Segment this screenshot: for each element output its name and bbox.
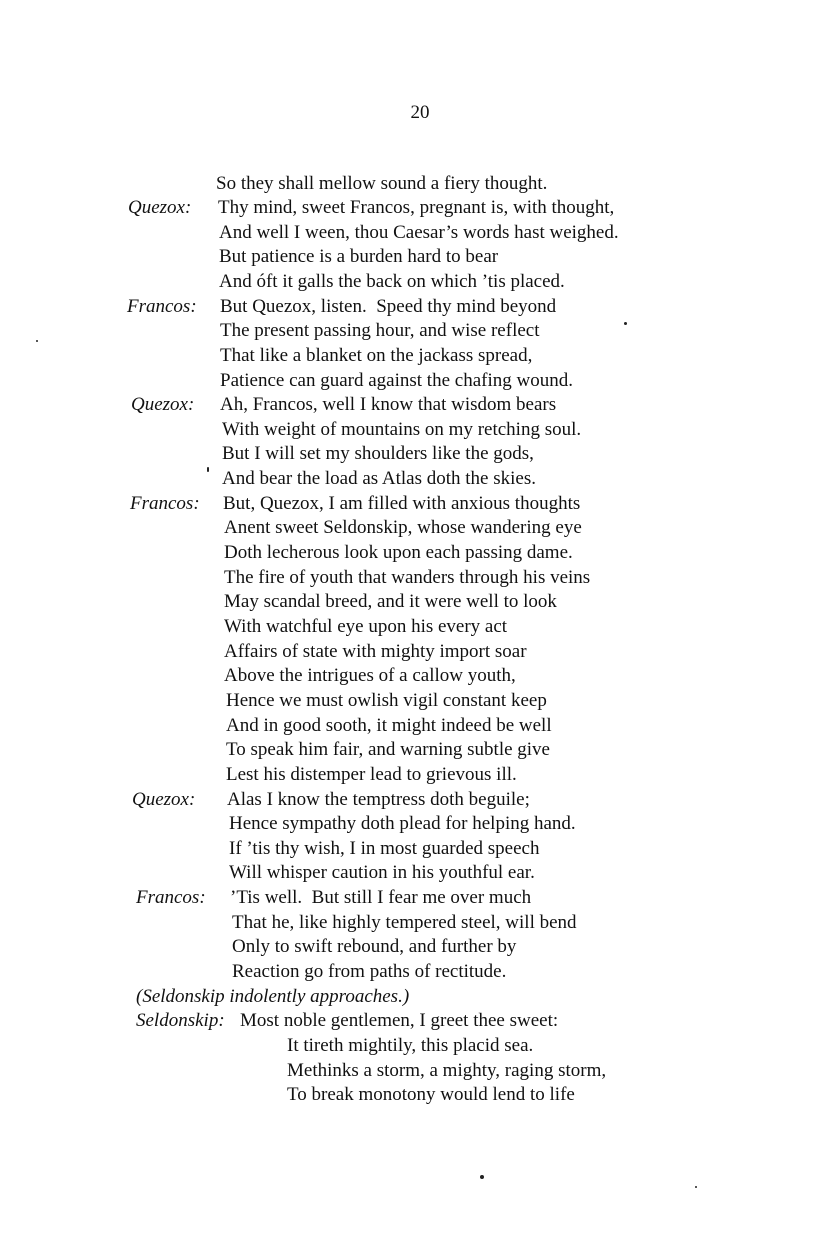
stage-direction: (Seldonskip indolently approaches.) bbox=[136, 985, 409, 1009]
verse-line: Reaction go from paths of rectitude. bbox=[232, 960, 506, 984]
speaker-label: Francos: bbox=[127, 295, 197, 319]
verse-line: ’Tis well. But still I fear me over much bbox=[230, 886, 531, 910]
verse-line: Anent sweet Seldonskip, whose wandering … bbox=[224, 516, 582, 540]
page-number: 20 bbox=[0, 102, 840, 124]
verse-line: Hence sympathy doth plead for helping ha… bbox=[229, 812, 576, 836]
verse-line: If ’tis thy wish, I in most guarded spee… bbox=[229, 837, 539, 861]
verse-line: Most noble gentlemen, I greet thee sweet… bbox=[240, 1009, 558, 1033]
verse-line: And óft it galls the back on which ’tis… bbox=[219, 270, 565, 294]
verse-line: It tireth mightily, this placid sea. bbox=[287, 1034, 533, 1058]
verse-line: Patience can guard against the chafing w… bbox=[220, 369, 573, 393]
verse-line: Only to swift rebound, and further by bbox=[232, 935, 516, 959]
verse-line: The fire of youth that wanders through h… bbox=[224, 566, 590, 590]
verse-line: Methinks a storm, a mighty, raging storm… bbox=[287, 1059, 606, 1083]
verse-line: That he, like highly tempered steel, wil… bbox=[232, 911, 577, 935]
verse-line: That like a blanket on the jackass sprea… bbox=[220, 344, 532, 368]
verse-line: Ah, Francos, well I know that wisdom bea… bbox=[220, 393, 556, 417]
speck-mark bbox=[695, 1186, 697, 1188]
speaker-label: Quezox: bbox=[128, 196, 191, 220]
verse-line: With weight of mountains on my retching … bbox=[222, 418, 581, 442]
verse-line: May scandal breed, and it were well to l… bbox=[224, 590, 557, 614]
verse-line: Above the intrigues of a callow youth, bbox=[224, 664, 516, 688]
verse-line: To speak him fair, and warning subtle gi… bbox=[226, 738, 550, 762]
verse-line: But patience is a burden hard to bear bbox=[219, 245, 498, 269]
verse-line: But, Quezox, I am filled with anxious th… bbox=[223, 492, 580, 516]
verse-line: To break monotony would lend to life bbox=[287, 1083, 575, 1107]
speck-mark bbox=[207, 467, 209, 472]
verse-line: Hence we must owlish vigil constant keep bbox=[226, 689, 547, 713]
speaker-label: Francos: bbox=[136, 886, 206, 910]
verse-line: But I will set my shoulders like the god… bbox=[222, 442, 534, 466]
verse-line: The present passing hour, and wise refle… bbox=[220, 319, 540, 343]
verse-line: Will whisper caution in his youthful ear… bbox=[229, 861, 535, 885]
speck-mark bbox=[480, 1175, 484, 1179]
speaker-label: Seldonskip: bbox=[136, 1009, 225, 1033]
verse-line: Lest his distemper lead to grievous ill. bbox=[226, 763, 517, 787]
verse-line: And bear the load as Atlas doth the skie… bbox=[222, 467, 536, 491]
speaker-label: Francos: bbox=[130, 492, 200, 516]
speck-mark bbox=[36, 340, 38, 342]
verse-line: But Quezox, listen. Speed thy mind beyon… bbox=[220, 295, 556, 319]
verse-line: Doth lecherous look upon each passing da… bbox=[224, 541, 573, 565]
verse-line: Alas I know the temptress doth beguile; bbox=[227, 788, 530, 812]
verse-line: Affairs of state with mighty import soar bbox=[224, 640, 527, 664]
verse-line: And in good sooth, it might indeed be we… bbox=[226, 714, 552, 738]
verse-line: Thy mind, sweet Francos, pregnant is, wi… bbox=[218, 196, 614, 220]
verse-line: With watchful eye upon his every act bbox=[224, 615, 507, 639]
speaker-label: Quezox: bbox=[131, 393, 194, 417]
speck-mark bbox=[624, 322, 627, 325]
speaker-label: Quezox: bbox=[132, 788, 195, 812]
verse-line: So they shall mellow sound a fiery thoug… bbox=[216, 172, 547, 196]
verse-line: And well I ween, thou Caesar’s words has… bbox=[219, 221, 619, 245]
